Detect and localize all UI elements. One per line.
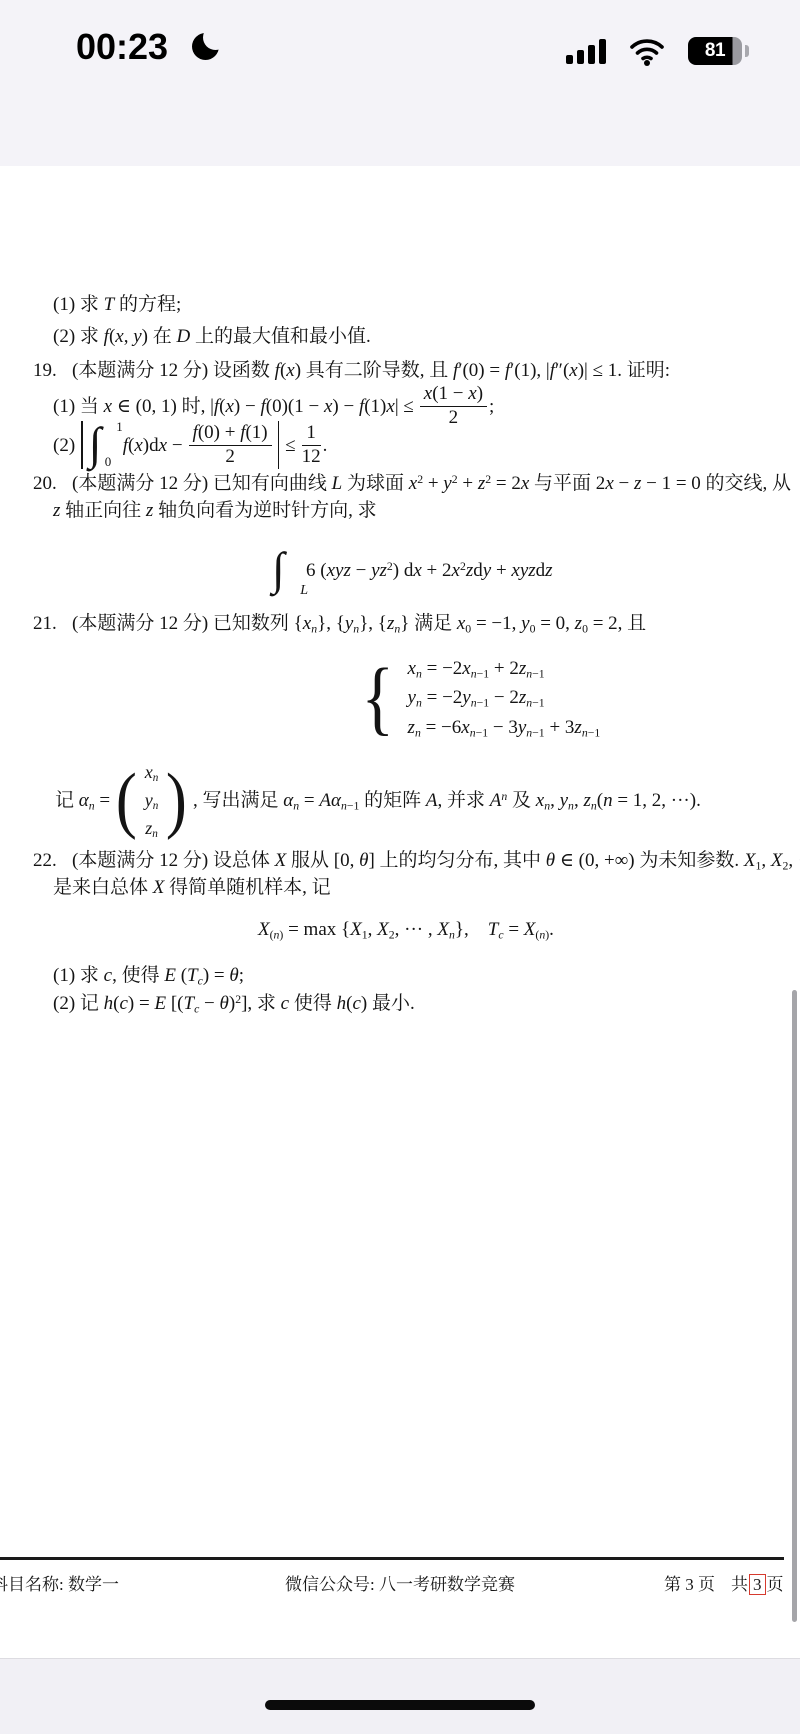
q20-formula: ∫ L 6 (xyz − yz2) dx + 2x2zdy + xyzdz xyxy=(272,542,553,598)
math-text: 6 (xyz − yz2) dx + 2x2zdy + xyzdz xyxy=(306,559,553,582)
cellular-signal-icon xyxy=(566,38,624,64)
battery-percent: 81 xyxy=(705,40,725,62)
brace-left: { xyxy=(361,646,394,749)
q22-item2: (2) 记 h(c) = E [(Tc − θ)2], 求 c 使得 h(c) … xyxy=(53,992,415,1015)
battery-cap xyxy=(745,45,749,57)
question-number: 19. xyxy=(33,359,72,382)
page-footer: 科目名称: 数学一 微信公众号: 八一考研数学竞赛 第 3 页共3页 xyxy=(0,1570,800,1598)
fraction: f(0) + f(1) 2 xyxy=(189,423,272,467)
math-text: 记 αn = xyxy=(55,789,110,812)
math-text: f(x)dx − xyxy=(123,434,183,457)
question-number: 22. xyxy=(33,849,72,872)
battery-icon: 81 xyxy=(688,37,742,65)
integral-sign: ∫ 1 0 xyxy=(89,417,117,473)
vector-column: xn yn zn xyxy=(145,758,159,842)
question-text: (本题满分 12 分) 已知有向曲线 L 为球面 x2 + y2 + z2 = … xyxy=(72,473,791,494)
question-22: 22.(本题满分 12 分) 设总体 X 服从 [0, θ] 上的均匀分布, 其… xyxy=(33,849,800,872)
footer-pagination: 第 3 页共3页 xyxy=(664,1570,784,1595)
q21-vector-line: 记 αn = ( xn yn zn ) , 写出满足 αn = Aαn−1 的矩… xyxy=(55,752,701,848)
q21-system: { xn = −2xn−1 + 2zn−1 yn = −2yn−1 − 2zn−… xyxy=(360,652,600,744)
math-text: (1) 当 x ∈ (0, 1) 时, |f(x) − f(0)(1 − x) … xyxy=(53,395,414,418)
paren-right: ) xyxy=(166,752,187,848)
nav-bar: 24考研数学一.pdf ••• xyxy=(0,96,800,166)
equation-1: xn = −2xn−1 + 2zn−1 xyxy=(408,654,601,684)
q18-item1: (1) 求 T 的方程; xyxy=(53,293,181,316)
q18-item2: (2) 求 f(x, y) 在 D 上的最大值和最小值. xyxy=(53,325,371,348)
question-text: (本题满分 12 分) 已知数列 {xn}, {yn}, {zn} 满足 x0 … xyxy=(72,613,646,634)
paren-left: ( xyxy=(116,752,137,848)
footer-rule xyxy=(0,1557,784,1560)
moon-icon-cutout xyxy=(203,25,228,50)
question-20: 20.(本题满分 12 分) 已知有向曲线 L 为球面 x2 + y2 + z2… xyxy=(33,472,791,495)
scrollbar-thumb[interactable] xyxy=(792,990,797,1622)
question-text: (本题满分 12 分) 设总体 X 服从 [0, θ] 上的均匀分布, 其中 θ… xyxy=(72,850,800,871)
math-text: ≤ xyxy=(285,434,295,457)
question-number: 21. xyxy=(33,612,72,635)
current-page: 第 3 页 xyxy=(664,1575,715,1594)
equation-3: zn = −6xn−1 − 3yn−1 + 3zn−1 xyxy=(408,713,601,743)
question-21: 21.(本题满分 12 分) 已知数列 {xn}, {yn}, {zn} 满足 … xyxy=(33,612,646,635)
status-time: 00:23 xyxy=(76,26,168,68)
integral-sign: ∫ L xyxy=(272,542,300,598)
fraction: x(1 − x) 2 xyxy=(420,384,487,428)
q22-text2: 是来白总体 X 得简单随机样本, 记 xyxy=(53,876,331,899)
q20-text2: z 轴正向往 z 轴负向看为逆时针方向, 求 xyxy=(53,499,377,522)
wifi-icon xyxy=(628,36,666,66)
math-text: . xyxy=(323,434,328,457)
question-19: 19.(本题满分 12 分) 设函数 f(x) 具有二阶导数, 且 f′(0) … xyxy=(33,359,670,382)
home-indicator[interactable] xyxy=(265,1700,535,1710)
math-text: , 写出满足 αn = Aαn−1 的矩阵 A, 并求 An 及 xn, yn,… xyxy=(193,789,701,812)
q22-item1: (1) 求 c, 使得 E (Tc) = θ; xyxy=(53,964,244,987)
q22-formula: X(n) = max {X1, X2, ··· , Xn}, Tc = X(n)… xyxy=(258,918,554,941)
item-label: (2) xyxy=(53,434,75,457)
abs-bar xyxy=(278,421,280,469)
question-text: (本题满分 12 分) 设函数 f(x) 具有二阶导数, 且 f′(0) = f… xyxy=(72,360,670,381)
moon-icon xyxy=(192,33,219,60)
status-bar: 00:23 81 xyxy=(0,0,800,100)
q19-item2: (2) ∫ 1 0 f(x)dx − f(0) + f(1) 2 ≤ 1 12 … xyxy=(53,418,327,472)
abs-bar xyxy=(81,421,83,469)
bottom-bar xyxy=(0,1658,800,1734)
equation-2: yn = −2yn−1 − 2zn−1 xyxy=(408,683,601,713)
total-pages-highlight: 3 xyxy=(749,1574,766,1595)
fraction: 1 12 xyxy=(302,423,321,467)
question-number: 20. xyxy=(33,472,72,495)
pdf-page[interactable]: (1) 求 T 的方程; (2) 求 f(x, y) 在 D 上的最大值和最小值… xyxy=(0,166,800,1658)
total-pages: 共3页 xyxy=(731,1575,784,1594)
equation-stack: xn = −2xn−1 + 2zn−1 yn = −2yn−1 − 2zn−1 … xyxy=(408,654,601,743)
math-text: ; xyxy=(489,395,494,418)
